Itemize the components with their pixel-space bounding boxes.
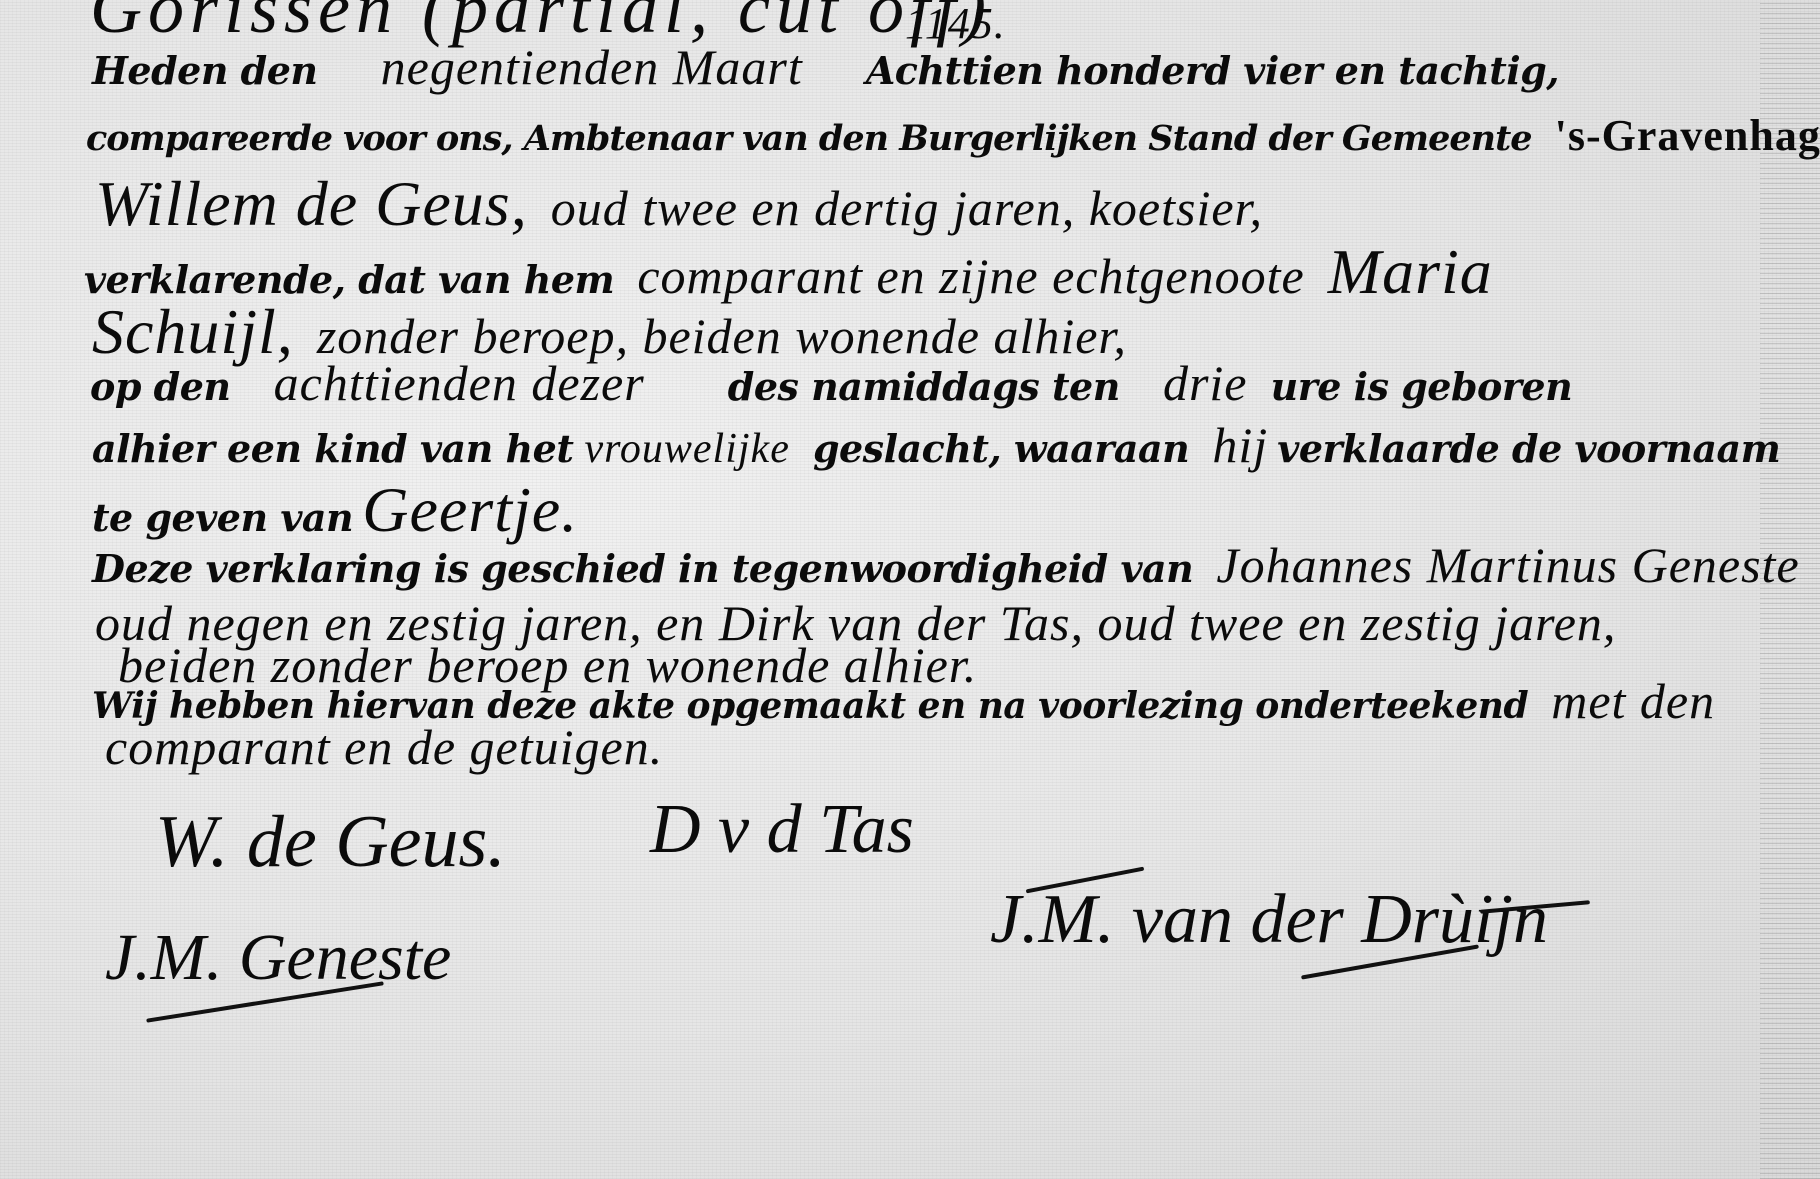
signature-witness-2: D v d Tas <box>650 790 914 870</box>
text-line-7: alhier een kind van het vrouwelijke gesl… <box>92 420 1798 470</box>
printed-text: Deze verklaring is geschied in tegenwoor… <box>92 550 1193 588</box>
child-given-name: Geertje. <box>362 478 578 542</box>
witness-1-name: Johannes Martinus Geneste <box>1216 540 1799 590</box>
father-details: oud twee en dertig jaren, koetsier, <box>551 183 1263 233</box>
printed-year: Achttien honderd vier en tachtig, <box>866 52 1559 90</box>
signature-father: W. de Geus. <box>155 800 506 885</box>
handwritten-text: comparant en de getuigen. <box>105 722 663 772</box>
printed-text: ure is geboren <box>1271 368 1573 406</box>
printed-text: op den <box>90 368 231 406</box>
printed-text: verklaarde de voornaam <box>1277 430 1780 468</box>
handwritten-text: met den <box>1551 676 1715 726</box>
handwritten-text: hij <box>1212 420 1268 470</box>
printed-text: alhier een kind van het <box>92 430 573 468</box>
text-line-13: comparant en de getuigen. <box>105 722 681 772</box>
scanned-document-page: Gorissen (partial, cut off) 1145. Heden … <box>0 0 1820 1179</box>
text-line-3: Willem de Geus, oud twee en dertig jaren… <box>95 172 1281 236</box>
handwritten-date: negentienden Maart <box>381 42 803 92</box>
father-name: Willem de Geus, <box>95 172 528 236</box>
printed-text: geslacht, waaraan <box>813 430 1189 468</box>
municipality-name: 's-Gravenhage, <box>1555 114 1820 158</box>
handwritten-text: comparant en zijne echtgenoote <box>637 251 1304 301</box>
text-line-1: Heden den negentienden Maart Achttien ho… <box>92 42 1577 92</box>
printed-text: Heden den <box>92 52 318 90</box>
text-line-8: te geven van Geertje. <box>92 478 596 542</box>
printed-text: des namiddags ten <box>728 368 1120 406</box>
act-number: 1145. <box>905 2 1006 46</box>
handwritten-text: zonder beroep, beiden wonende alhier, <box>317 311 1127 361</box>
signature-witness-1: J.M. Geneste <box>105 920 451 996</box>
child-sex: vrouwelijke <box>584 428 789 470</box>
mother-surname: Schuijl, <box>92 300 294 364</box>
header-fragment: Gorissen (partial, cut off) <box>90 0 992 44</box>
text-line-2: compareerde voor ons, Ambtenaar van den … <box>86 114 1820 158</box>
birth-day: achttienden dezer <box>274 358 645 408</box>
printed-text: verklarende, dat van hem <box>84 261 614 299</box>
printed-text: compareerde voor ons, Ambtenaar van den … <box>86 121 1532 156</box>
printed-text: te geven van <box>92 499 353 537</box>
text-line-4: verklarende, dat van hem comparant en zi… <box>84 240 1511 304</box>
text-line-9: Deze verklaring is geschied in tegenwoor… <box>92 540 1818 590</box>
mother-first-name: Maria <box>1328 240 1493 304</box>
text-line-6: op den achttienden dezer des namiddags t… <box>90 358 1590 408</box>
birth-hour: drie <box>1163 358 1248 408</box>
